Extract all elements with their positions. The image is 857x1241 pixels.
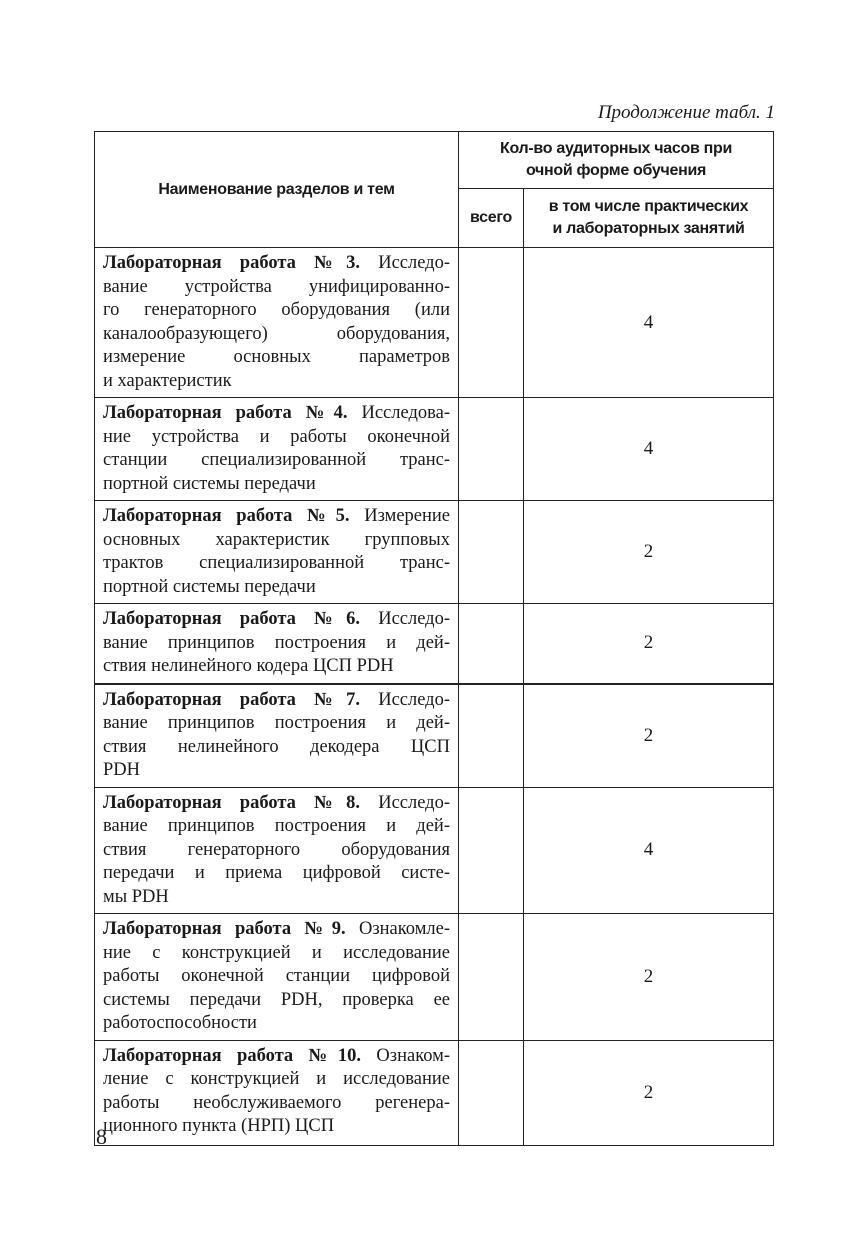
total-hours-cell (459, 501, 524, 604)
practical-hours-cell: 2 (524, 914, 774, 1041)
section-name-line: PDH (103, 759, 450, 783)
total-hours-cell (459, 248, 524, 398)
line-text: работы необслуживаемого регенера- (103, 1093, 450, 1113)
table-row: Лабораторная работа №6. Исследо-вание пр… (95, 604, 774, 684)
section-name-line: ционного пункта (НРП) ЦСП (103, 1115, 450, 1139)
section-name-line: и характеристик (103, 370, 450, 394)
header-practical: в том числе практических и лабораторных … (524, 189, 774, 248)
section-name-line: работы оконечной станции цифровой (103, 965, 450, 989)
section-name-line: Лабораторная работа №7. Исследо- (103, 689, 450, 713)
line-text: мы PDH (103, 887, 169, 907)
practical-hours-cell: 2 (524, 684, 774, 788)
header-practical-line: и лабораторных занятий (552, 220, 744, 237)
section-name-cell: Лабораторная работа №6. Исследо-вание пр… (95, 604, 459, 684)
section-name-line: портной системы передачи (103, 473, 450, 497)
section-name-line: ние с конструкцией и исследование (103, 942, 450, 966)
section-name-cell: Лабораторная работа №5. Измерениеосновны… (95, 501, 459, 604)
line-text: вание устройства унифицированно- (103, 277, 450, 297)
section-name-line: мы PDH (103, 886, 450, 910)
section-name-line: портной системы передачи (103, 576, 450, 600)
practical-hours-cell: 2 (524, 1040, 774, 1145)
section-name-line: вание принципов построения и дей- (103, 712, 450, 736)
section-name-line: ствия генераторного оборудования (103, 839, 450, 863)
page-number: 8 (96, 1124, 107, 1150)
header-practical-line: в том числе практических (549, 198, 749, 215)
total-hours-cell (459, 787, 524, 914)
section-name-cell: Лабораторная работа №8. Исследо-вание пр… (95, 787, 459, 914)
line-text: Ознаком- (376, 1046, 450, 1066)
total-hours-cell (459, 684, 524, 788)
line-text: ционного пункта (НРП) ЦСП (103, 1116, 334, 1136)
section-name-line: Лабораторная работа №5. Измерение (103, 505, 450, 529)
line-text: ние с конструкцией и исследование (103, 943, 450, 963)
table-caption: Продолжение табл. 1 (598, 102, 775, 124)
lab-title: Лабораторная работа №6. (103, 609, 360, 629)
line-text: PDH (103, 760, 140, 780)
section-name-line: системы передачи PDH, проверка ее (103, 989, 450, 1013)
line-text: Исследо- (378, 793, 450, 813)
section-name-cell: Лабораторная работа №10. Ознаком-ление с… (95, 1040, 459, 1145)
line-text: вание принципов построения и дей- (103, 633, 450, 653)
line-text: Ознакомле- (359, 919, 450, 939)
table-row: Лабораторная работа №8. Исследо-вание пр… (95, 787, 774, 914)
lab-title: Лабораторная работа №10. (103, 1046, 361, 1066)
line-text: работоспособности (103, 1013, 257, 1033)
section-name-line: Лабораторная работа №3. Исследо- (103, 252, 450, 276)
line-text: и характеристик (103, 371, 232, 391)
section-name-line: Лабораторная работа №8. Исследо- (103, 792, 450, 816)
table-row: Лабораторная работа №9. Ознакомле-ние с … (95, 914, 774, 1041)
table-body: Лабораторная работа №3. Исследо-вание ус… (95, 248, 774, 1146)
section-name-line: Лабораторная работа №6. Исследо- (103, 608, 450, 632)
section-name-cell: Лабораторная работа №9. Ознакомле-ние с … (95, 914, 459, 1041)
line-text: вание принципов построения и дей- (103, 713, 450, 733)
table-row: Лабораторная работа №4. Исследова-ние ус… (95, 398, 774, 501)
line-text: системы передачи PDH, проверка ее (103, 990, 450, 1010)
section-name-line: трактов специализированной транс- (103, 552, 450, 576)
table-row: Лабораторная работа №5. Измерениеосновны… (95, 501, 774, 604)
header-hours-line: Кол-во аудиторных часов при (500, 140, 732, 157)
section-name-line: го генераторного оборудования (или (103, 299, 450, 323)
line-text: Исследо- (378, 690, 450, 710)
line-text: Измерение (364, 506, 450, 526)
section-name-line: ствия нелинейного кодера ЦСП PDH (103, 655, 450, 679)
line-text: ление с конструкцией и исследование (103, 1069, 450, 1089)
section-name-line: работы необслуживаемого регенера- (103, 1092, 450, 1116)
line-text: Исследова- (361, 403, 450, 423)
section-name-line: передачи и приема цифровой систе- (103, 862, 450, 886)
header-total: всего (459, 189, 524, 248)
line-text: ствия генераторного оборудования (103, 840, 450, 860)
line-text: ние устройства и работы оконечной (103, 427, 450, 447)
section-name-line: Лабораторная работа №4. Исследова- (103, 402, 450, 426)
section-name-line: ние устройства и работы оконечной (103, 426, 450, 450)
practical-hours-cell: 4 (524, 398, 774, 501)
practical-hours-cell: 4 (524, 787, 774, 914)
line-text: Исследо- (378, 609, 450, 629)
section-name-line: вание устройства унифицированно- (103, 276, 450, 300)
section-name-line: работоспособности (103, 1012, 450, 1036)
lab-title: Лабораторная работа №8. (103, 793, 360, 813)
table-row: Лабораторная работа №10. Ознаком-ление с… (95, 1040, 774, 1145)
lab-title: Лабораторная работа №3. (103, 253, 360, 273)
section-name-line: каналообразующего) оборудования, (103, 323, 450, 347)
section-name-line: вание принципов построения и дей- (103, 815, 450, 839)
section-name-cell: Лабораторная работа №7. Исследо-вание пр… (95, 684, 459, 788)
header-hours-line: очной форме обучения (526, 162, 706, 179)
section-name-line: Лабораторная работа №10. Ознаком- (103, 1045, 450, 1069)
section-name-line: основных характеристик групповых (103, 529, 450, 553)
total-hours-cell (459, 604, 524, 684)
table-row: Лабораторная работа №7. Исследо-вание пр… (95, 684, 774, 788)
section-name-cell: Лабораторная работа №4. Исследова-ние ус… (95, 398, 459, 501)
line-text: ствия нелинейного кодера ЦСП PDH (103, 656, 394, 676)
practical-hours-cell: 2 (524, 604, 774, 684)
lab-title: Лабораторная работа №5. (103, 506, 350, 526)
practical-hours-cell: 2 (524, 501, 774, 604)
line-text: вание принципов построения и дей- (103, 816, 450, 836)
line-text: измерение основных параметров (103, 347, 450, 367)
total-hours-cell (459, 1040, 524, 1145)
section-name-line: Лабораторная работа №9. Ознакомле- (103, 918, 450, 942)
header-hours-group: Кол-во аудиторных часов при очной форме … (459, 132, 774, 189)
line-text: го генераторного оборудования (или (103, 300, 450, 320)
section-name-line: ление с конструкцией и исследование (103, 1068, 450, 1092)
line-text: портной системы передачи (103, 577, 316, 597)
lab-title: Лабораторная работа №7. (103, 690, 360, 710)
section-name-line: станции специализированной транс- (103, 449, 450, 473)
lab-title: Лабораторная работа №4. (103, 403, 348, 423)
line-text: Исследо- (378, 253, 450, 273)
section-name-cell: Лабораторная работа №3. Исследо-вание ус… (95, 248, 459, 398)
practical-hours-cell: 4 (524, 248, 774, 398)
line-text: ствия нелинейного декодера ЦСП (103, 737, 450, 757)
section-name-line: измерение основных параметров (103, 346, 450, 370)
line-text: основных характеристик групповых (103, 530, 450, 550)
curriculum-table: Наименование разделов и тем Кол-во аудит… (94, 131, 774, 1146)
line-text: трактов специализированной транс- (103, 553, 450, 573)
lab-title: Лабораторная работа №9. (103, 919, 346, 939)
header-section-name: Наименование разделов и тем (95, 132, 459, 248)
line-text: станции специализированной транс- (103, 450, 450, 470)
section-name-line: ствия нелинейного декодера ЦСП (103, 736, 450, 760)
total-hours-cell (459, 914, 524, 1041)
line-text: каналообразующего) оборудования, (103, 324, 450, 344)
line-text: передачи и приема цифровой систе- (103, 863, 450, 883)
line-text: портной системы передачи (103, 474, 316, 494)
line-text: работы оконечной станции цифровой (103, 966, 450, 986)
total-hours-cell (459, 398, 524, 501)
table-row: Лабораторная работа №3. Исследо-вание ус… (95, 248, 774, 398)
section-name-line: вание принципов построения и дей- (103, 632, 450, 656)
